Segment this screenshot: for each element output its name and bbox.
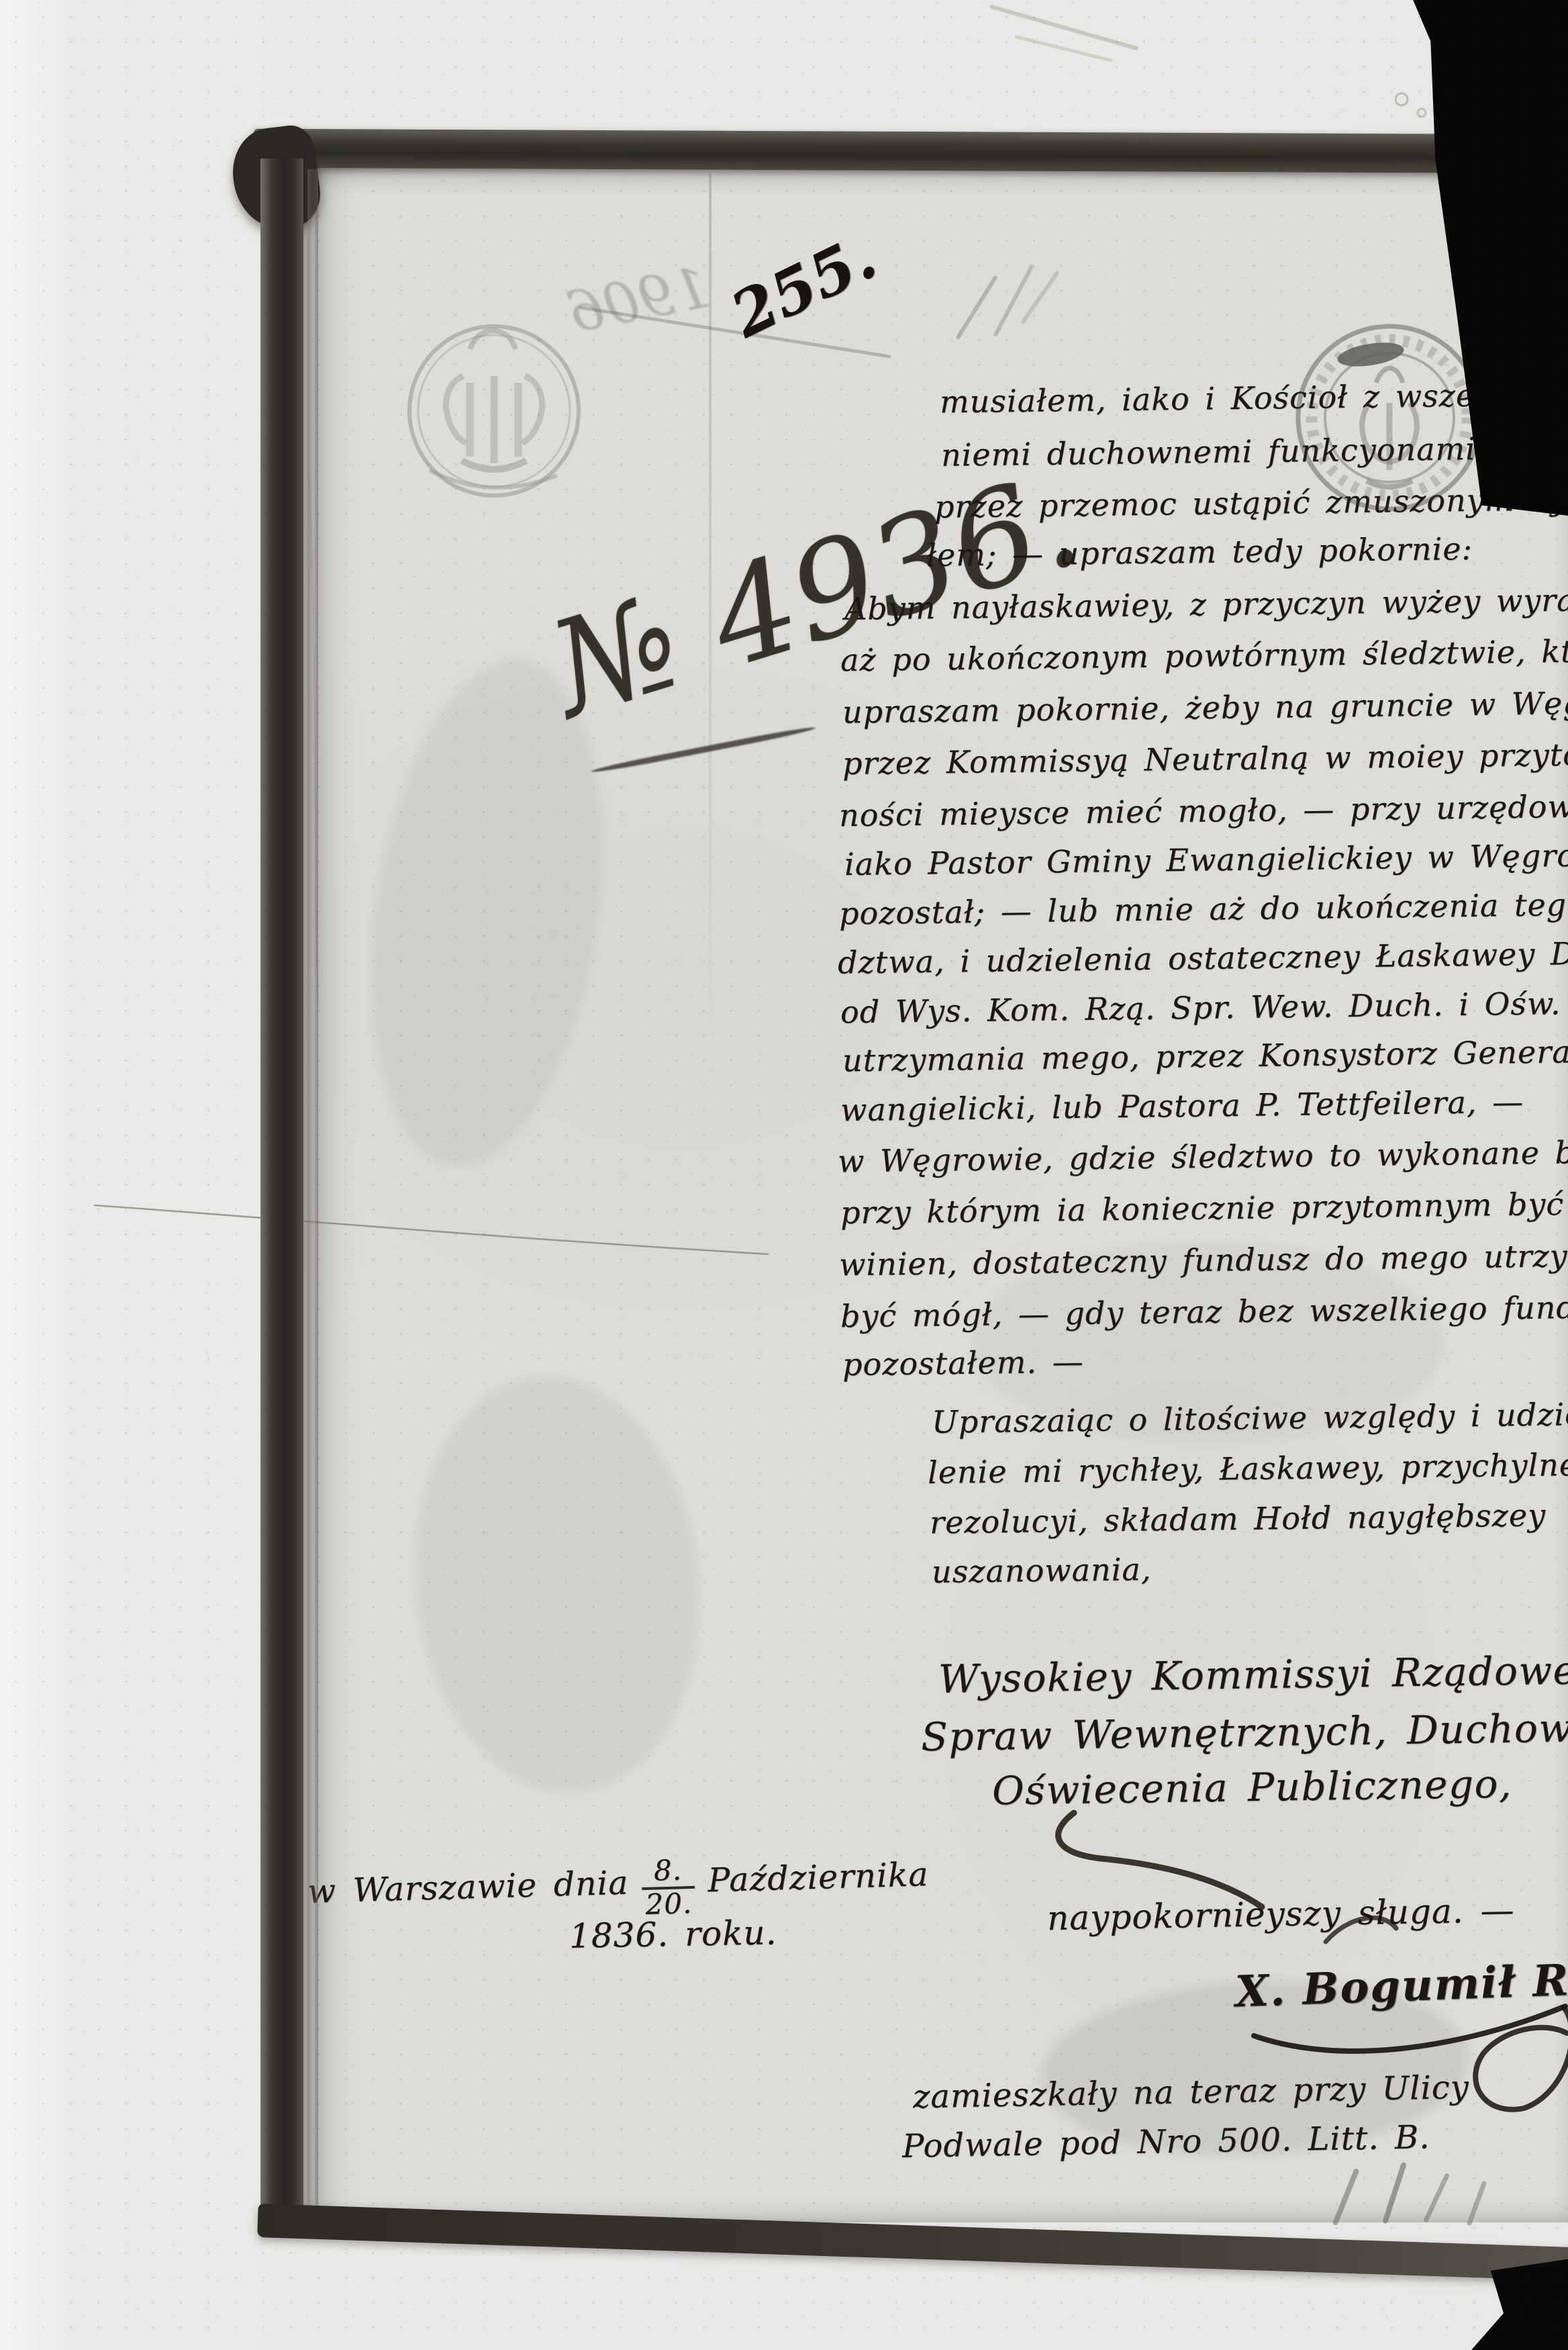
petition-line: uszanowania, [932, 1551, 1152, 1590]
manuscript-scan: 255. 1906 № 4936. musiałem, iako i Kości… [0, 0, 1568, 2350]
faint-scribble [989, 4, 1139, 50]
petition-line: przez przemoc ustąpić zmuszonym by- [934, 481, 1568, 525]
closing-line: Wysokiey Kommissyi Rządowey [938, 1647, 1568, 1702]
petition-line: Upraszaiąc o litościwe względy i udzie- [932, 1396, 1568, 1440]
book-binding-strip [260, 158, 303, 2230]
valediction: naypokornieyszy sługa. — [1047, 1891, 1515, 1938]
faint-dot [1418, 109, 1426, 117]
closing-line: Oświecenia Publicznego, [992, 1761, 1513, 1814]
petition-line: rezolucyi, składam Hołd naygłębszey [930, 1497, 1547, 1540]
faint-dot [1395, 93, 1408, 105]
date-old-style: 8. [641, 1855, 694, 1890]
petition-line: pozostałem. — [842, 1344, 1084, 1382]
petition-line: łem; — upraszam tedy pokornie: [926, 530, 1473, 573]
scan-black-corner-bottom-right [1461, 2253, 1568, 2350]
date-double-style-fraction: 8. 20. [641, 1855, 695, 1919]
petition-line: musiałem, iako i Kościoł z wszelkie- [940, 376, 1546, 420]
dateline-month: Października [707, 1855, 930, 1899]
faint-scribble [1015, 35, 1114, 62]
petition-line: lenie mi rychłey, Łaskawey, przychylney [928, 1446, 1568, 1491]
dateline-prefix: w Warszawie dnia [307, 1864, 629, 1911]
dateline-year: 1836. roku. [569, 1913, 777, 1955]
binding-ink-drip [267, 214, 287, 294]
petition-line: niemi duchownemi funkcyonami [941, 430, 1476, 473]
